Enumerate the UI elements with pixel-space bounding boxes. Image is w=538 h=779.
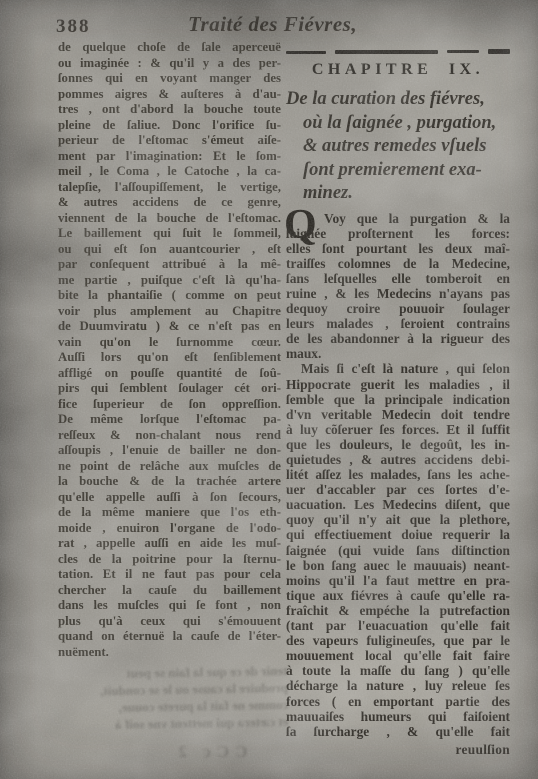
text-line: rat , appelle auſſi en aide les muſ- bbox=[58, 536, 281, 552]
right-text-column: CHAPITRE IX. De la curation des fiévres,… bbox=[286, 47, 510, 758]
text-line: perieur de l'eſtomac s'émeut aiſe- bbox=[58, 133, 281, 149]
chapter-heading-rule bbox=[286, 49, 510, 55]
text-line: mauuaiſes humeurs qui faiſoient bbox=[286, 709, 510, 724]
text-line: leurs malades , ſeroient contrains bbox=[286, 316, 510, 331]
text-line: forces ( en emportant partie des bbox=[286, 694, 510, 709]
text-line: qui effectiuement doiue requerir la bbox=[286, 527, 510, 542]
text-line: Auſſi lors qu'on eſt ſenſiblement bbox=[58, 350, 281, 366]
text-line: pirs qui ſemblent ſoulager cét ori- bbox=[58, 381, 281, 397]
text-line: où la ſaignée , purgation, bbox=[286, 112, 510, 136]
text-line: plus qu'à ceux qui s'émouuent bbox=[58, 614, 281, 630]
text-line: vain qu'on le ſurnomme cœur. bbox=[58, 335, 281, 351]
text-line: ſans leſquelles elle tomberoit en bbox=[286, 271, 510, 286]
text-line: & autres accidens de ce genre, bbox=[58, 195, 281, 211]
text-line: des vapeurs fuligineuſes, que par le bbox=[286, 633, 510, 648]
text-line: ou imaginée : & qu'il y a des per- bbox=[58, 56, 281, 72]
text-line: De même lorſque l'eſtomac pa- bbox=[58, 412, 281, 428]
text-line: dans les muſcles qui ſe font , non bbox=[58, 598, 281, 614]
text-line: ſa ſurcharge , & qu'elle fait bbox=[286, 724, 510, 739]
text-line: décharge la nature , luy releue ſes bbox=[286, 678, 510, 693]
text-line: dequoy croire pouuoir ſoulager bbox=[286, 301, 510, 316]
text-line: d'vn veritable Medecin doit tendre bbox=[286, 407, 510, 422]
text-line: qu'elle appelle auſſi à ſon ſecours, bbox=[58, 490, 281, 506]
text-line: le bon ſang auec le mauuais) neant- bbox=[286, 558, 510, 573]
bleed-through-signature: CCc 2 bbox=[150, 742, 270, 762]
text-line: (tant par l'euacuation qu'elle fait bbox=[286, 618, 510, 633]
chapter-body: Q Voy que la purgation & laſaignée proſt… bbox=[286, 211, 510, 739]
text-line: ruine , & les Medecins n'ayans pas bbox=[286, 286, 510, 301]
drop-cap: Q bbox=[284, 208, 317, 242]
text-line: meil , le Coma , le Catoche , la ca- bbox=[58, 164, 281, 180]
text-line: & autres remedes vſuels bbox=[286, 135, 510, 159]
text-line: à toute la maſſe du ſang ) qu'elle bbox=[286, 663, 510, 678]
chapter-heading: CHAPITRE IX. bbox=[286, 59, 510, 81]
text-line: tres , ont d'abord la bouche toute bbox=[58, 102, 281, 118]
text-line: maux. bbox=[286, 346, 510, 361]
text-line: Le baillement qui ſuit le ſommeil, bbox=[58, 226, 281, 242]
text-line: de la même maniere que l'os eth- bbox=[58, 505, 281, 521]
text-line: aſſoupis , l'enuie de bailler ne don- bbox=[58, 443, 281, 459]
text-line: ſaignée proſternent les forces: bbox=[286, 226, 510, 241]
text-line: quand on éternuë la cauſe de l'éter- bbox=[58, 629, 281, 645]
text-line: à luy cõſeruer ſes forces. Et il ſuffit bbox=[286, 422, 510, 437]
text-line: pommes aigres & auſteres à d'au- bbox=[58, 87, 281, 103]
text-line: litét aſſez les malades, ſans les ache- bbox=[286, 467, 510, 482]
text-line: de quelque choſe de ſale aperceuë bbox=[58, 40, 281, 56]
text-line: uer d'accabler par ces ſortes d'e- bbox=[286, 482, 510, 497]
text-line: chercher la cauſe du baillement bbox=[58, 583, 281, 599]
text-line: ſont premierement exa- bbox=[286, 159, 510, 183]
text-line: Mais ſi c'eſt là nature , qui ſelon bbox=[286, 361, 510, 376]
text-line: viennent de la bouche de l'eſtomac. bbox=[58, 211, 281, 227]
page-number: 388 bbox=[56, 16, 91, 38]
text-line: reſſeux & non-chalant nous rend bbox=[58, 428, 281, 444]
left-text-column: de quelque choſe de ſale aperceuëou imag… bbox=[58, 40, 281, 660]
text-line: moins qu'il l'a faut mettre en pra- bbox=[286, 573, 510, 588]
text-line: par conſequent attribué à la mê- bbox=[58, 257, 281, 273]
text-line: De la curation des fiévres, bbox=[286, 88, 510, 112]
chapter-subtitle: De la curation des fiévres,où la ſaignée… bbox=[286, 88, 510, 206]
text-line: talepſie, l'aſſoupiſſement, le vertige, bbox=[58, 180, 281, 196]
text-line: ne point de relâche aux muſcles de bbox=[58, 459, 281, 475]
text-line: que les douleurs, le degoût, les in- bbox=[286, 437, 510, 452]
text-line: cles de la poitrine pour la ſternu- bbox=[58, 552, 281, 568]
rule-segment bbox=[488, 49, 510, 54]
text-line: tation. Et il ne faut pas pour cela bbox=[58, 567, 281, 583]
text-line: et cætera qui mettent vne soif à bbox=[52, 713, 288, 734]
text-line: nuëment. bbox=[58, 645, 281, 661]
text-line: ment par l'imagination: Et le ſom- bbox=[58, 149, 281, 165]
text-line: mouuement local qu'elle fait faire bbox=[286, 648, 510, 663]
text-line: tique aux fiévres à cauſe qu'elle ra- bbox=[286, 588, 510, 603]
text-line: me partie , puiſque c'eſt là qu'ha- bbox=[58, 273, 281, 289]
text-line: bite la phantaiſie ( comme on peut bbox=[58, 288, 281, 304]
text-line: ou qui eſt ſon auantcourier , eſt bbox=[58, 242, 281, 258]
text-line: traiſſes colomnes de la Medecine, bbox=[286, 256, 510, 271]
bleed-through-text: tenir de ce que la fain se peutproduire … bbox=[51, 662, 288, 734]
book-page-scan: 388 Traité des Fiévres, de quelque choſe… bbox=[0, 0, 538, 779]
rule-segment bbox=[447, 50, 479, 53]
text-line: minez. bbox=[286, 182, 510, 206]
text-line: ſemble que la principale indication bbox=[286, 392, 510, 407]
text-line: ſonnes qui en voyant manger des bbox=[58, 71, 281, 87]
running-title: Traité des Fiévres, bbox=[188, 12, 357, 37]
text-line: pleine de ſaliue. Donc l'orifice ſu- bbox=[58, 118, 281, 134]
rule-segment bbox=[335, 50, 438, 54]
text-line: de les abandonner à la rigueur des bbox=[286, 331, 510, 346]
text-line: de Duumviratu ) & ce n'eſt pas en bbox=[58, 319, 281, 335]
rule-segment bbox=[286, 51, 326, 54]
text-line: uacuation. Les Medecins diſent, que bbox=[286, 497, 510, 512]
text-line: elles ſont pourtant les deux maî- bbox=[286, 241, 510, 256]
text-line: moide , enuiron l'organe de l'odo- bbox=[58, 521, 281, 537]
text-line: fice ſuperieur de ſon oppreſſion. bbox=[58, 397, 281, 413]
text-line: Voy que la purgation & la bbox=[286, 211, 510, 226]
text-line: la bouche & de la trachée artere bbox=[58, 474, 281, 490]
text-line: Hippocrate guerit les maladies , il bbox=[286, 377, 510, 392]
text-line: fraîchit & empéche la putrefaction bbox=[286, 603, 510, 618]
text-line: quoy qu'il n'y ait que la plethore, bbox=[286, 512, 510, 527]
text-line: ſaignée (qui vuide ſans diſtinction bbox=[286, 543, 510, 558]
catchword: reuulſion bbox=[286, 742, 510, 758]
text-line: affligé on pouſſe quantité de ſoû- bbox=[58, 366, 281, 382]
text-line: voir plus amplement au Chapitre bbox=[58, 304, 281, 320]
text-line: quietudes , & autres accidens debi- bbox=[286, 452, 510, 467]
